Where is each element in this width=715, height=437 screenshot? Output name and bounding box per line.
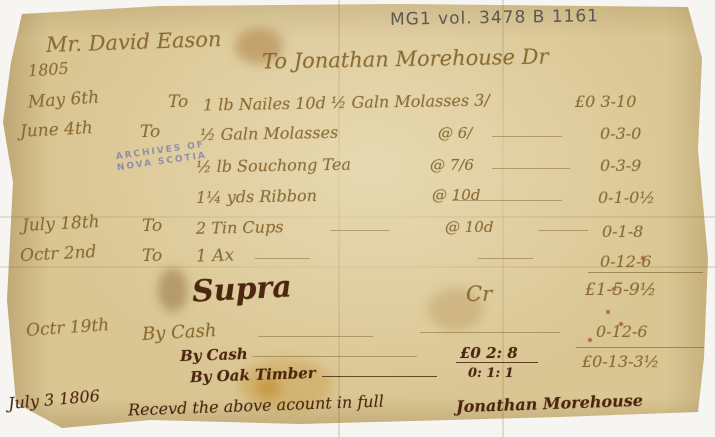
ledger-dash-line: [322, 376, 437, 377]
entry-date: July 18th: [22, 212, 101, 236]
entry-description: ½ lb Souchong Tea: [196, 155, 351, 177]
entry-amount: £0 3-10: [575, 92, 636, 111]
credit-description: By Cash: [180, 345, 248, 365]
ink-speck: [588, 338, 592, 342]
credit-amount: £0 2: 8: [460, 344, 518, 362]
ink-speck: [606, 310, 610, 314]
entry-date: June 4th: [20, 118, 94, 142]
entry-amount: 0-3-9: [600, 156, 641, 175]
creditor-line: To Jonathan Morehouse Dr: [262, 45, 549, 74]
ledger-dash-line: [258, 336, 373, 337]
entry-description: 2 Tin Cups: [196, 217, 284, 238]
entry-date: Octr 2nd: [20, 242, 97, 266]
ledger-dash-line: [538, 230, 588, 231]
ledger-dash-line: [330, 230, 390, 231]
ledger-dash-line: [255, 258, 310, 259]
entry-amount: 0-3-0: [600, 124, 641, 143]
ledger-dash-line: [492, 136, 562, 137]
ledger-dash-line: [420, 332, 560, 333]
entry-amount: 0-1-0½: [598, 188, 655, 207]
entry-rate: @ 6/: [438, 124, 472, 142]
scanned-document: MG1 vol. 3478 B 1161 ARCHIVES OF NOVA SC…: [0, 0, 715, 437]
entry-description: 1 Ax: [196, 245, 235, 266]
entry-amount: 0-1-8: [602, 222, 643, 241]
sum-rule-line: [576, 347, 704, 348]
sum-rule-line: [456, 362, 538, 363]
ledger-dash-line: [252, 356, 417, 357]
ink-stain: [158, 268, 188, 312]
entry-action: To: [142, 216, 162, 236]
entry-rate: @ 10d: [445, 218, 493, 236]
ledger-dash-line: [478, 258, 533, 259]
ledger-dash-line: [492, 168, 570, 169]
fold-crease-horizontal: [0, 216, 715, 218]
entry-description: 1¼ yds Ribbon: [196, 186, 317, 207]
credit-amount: 0-12-6: [596, 322, 648, 341]
entry-action: To: [140, 122, 160, 142]
supra-label: Supra: [191, 269, 292, 309]
entry-description: ½ Galn Molasses: [200, 123, 339, 144]
credit-description: By Cash: [142, 320, 217, 345]
entry-amount: 0-12-6: [600, 252, 652, 271]
entry-action: To: [168, 92, 188, 112]
entry-action: To: [142, 246, 162, 266]
debit-total-amount: £1-5-9½: [585, 280, 656, 300]
credit-side-label: Cr: [466, 282, 492, 306]
sum-rule-line: [588, 272, 703, 273]
ledger-dash-line: [452, 200, 562, 201]
balance-amount: £0-13-3½: [582, 352, 659, 371]
entry-rate: @ 7/6: [430, 156, 474, 174]
year-label: 1805: [27, 59, 69, 81]
entry-rate: @ 10d: [432, 186, 480, 204]
archive-reference-note: MG1 vol. 3478 B 1161: [390, 6, 599, 30]
credit-amount: 0: 1: 1: [468, 366, 514, 381]
